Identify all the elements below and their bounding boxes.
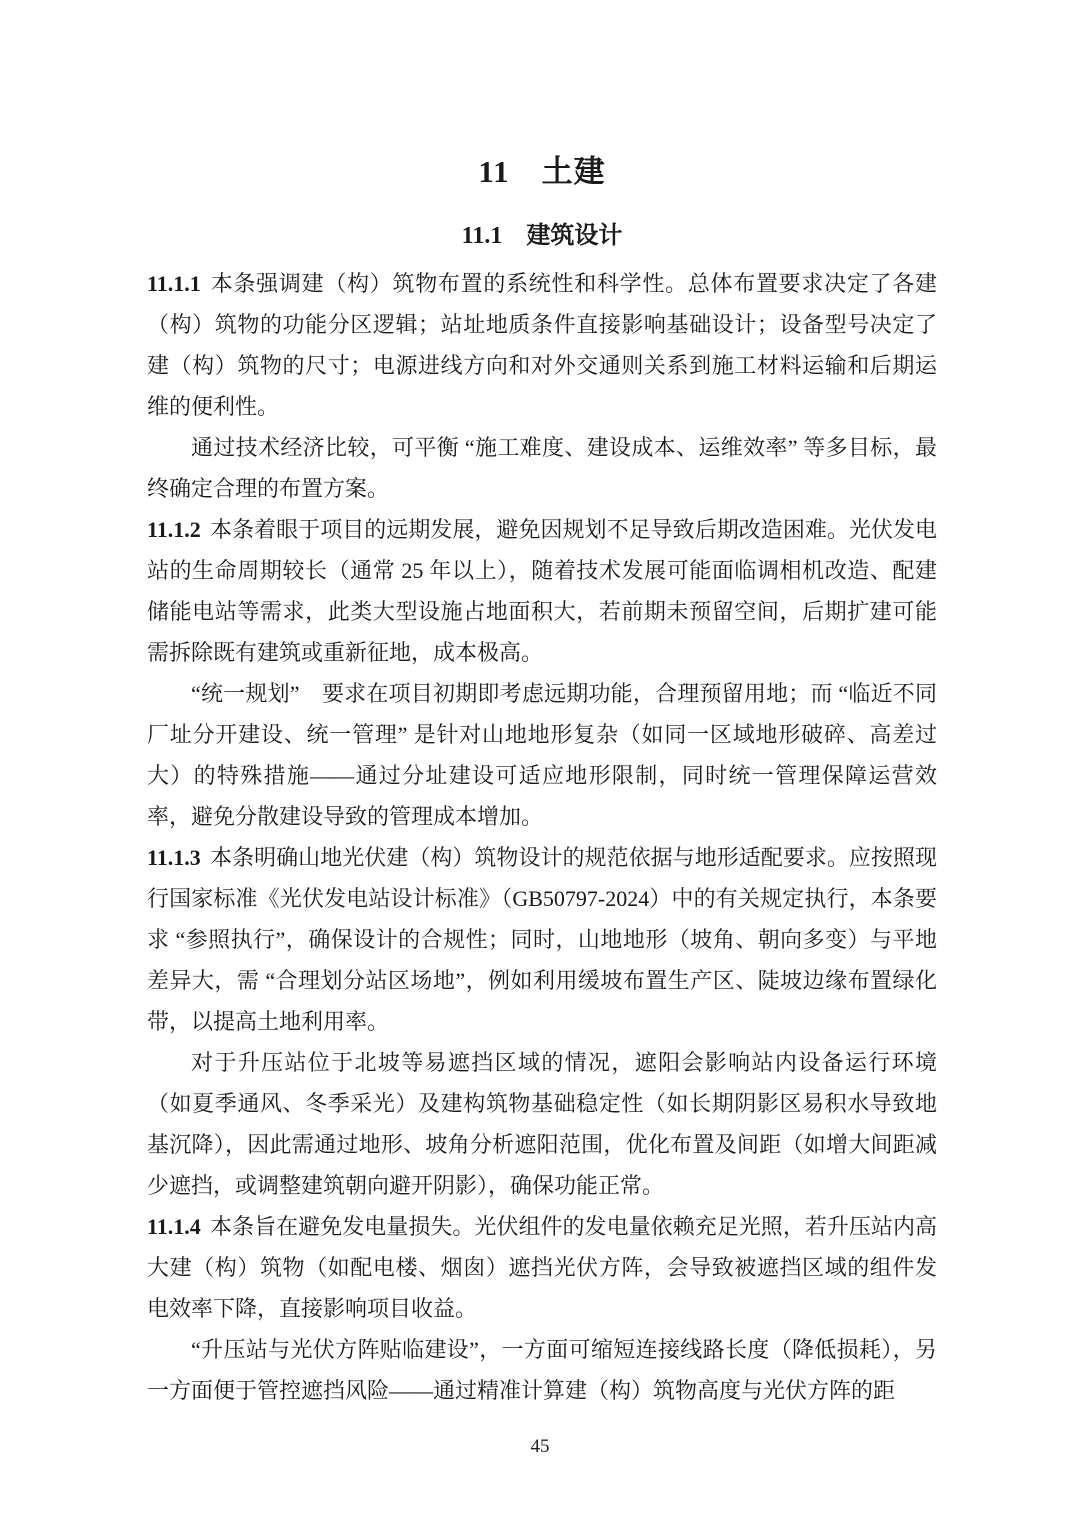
paragraph-list: 11.1.1本条强调建（构）筑物布置的系统性和科学性。总体布置要求决定了各建（构… [147,263,937,1411]
paragraph-text: 对于升压站位于北坡等易遮挡区域的情况，遮阳会影响站内设备运行环境（如夏季通风、冬… [147,1050,937,1198]
paragraph-text: 通过技术经济比较，可平衡 “施工难度、建设成本、运维效率” 等多目标，最终确定合… [147,435,937,501]
paragraph: “统一规划” 要求在项目初期即考虑远期功能，合理预留用地；而 “临近不同厂址分开… [147,673,937,837]
paragraph-text: 本条强调建（构）筑物布置的系统性和科学性。总体布置要求决定了各建（构）筑物的功能… [147,271,937,419]
clause-number: 11.1.4 [147,1214,201,1239]
paragraph: “升压站与光伏方阵贴临建设”，一方面可缩短连接线路长度（降低损耗），另一方面便于… [147,1329,937,1411]
page-number: 45 [0,1436,1080,1458]
section-heading: 11.1 建筑设计 [147,215,937,250]
clause-number: 11.1.2 [147,517,201,542]
paragraph: 11.1.1本条强调建（构）筑物布置的系统性和科学性。总体布置要求决定了各建（构… [147,263,937,427]
chapter-title: 11 土建 [147,146,937,191]
document-page: 11 土建 11.1 建筑设计 11.1.1本条强调建（构）筑物布置的系统性和科… [0,0,1080,1528]
paragraph: 11.1.2本条着眼于项目的远期发展，避免因规划不足导致后期改造困难。光伏发电站… [147,509,937,673]
paragraph-text: 本条着眼于项目的远期发展，避免因规划不足导致后期改造困难。光伏发电站的生命周期较… [147,517,937,665]
clause-number: 11.1.1 [147,271,201,296]
paragraph: 11.1.4本条旨在避免发电量损失。光伏组件的发电量依赖充足光照，若升压站内高大… [147,1206,937,1329]
paragraph-text: 本条明确山地光伏建（构）筑物设计的规范依据与地形适配要求。应按照现行国家标准《光… [147,845,937,1034]
clause-number: 11.1.3 [147,845,201,870]
paragraph-text: “统一规划” 要求在项目初期即考虑远期功能，合理预留用地；而 “临近不同厂址分开… [147,681,937,829]
paragraph-text: “升压站与光伏方阵贴临建设”，一方面可缩短连接线路长度（降低损耗），另一方面便于… [147,1337,937,1403]
paragraph-text: 本条旨在避免发电量损失。光伏组件的发电量依赖充足光照，若升压站内高大建（构）筑物… [147,1214,937,1321]
paragraph: 对于升压站位于北坡等易遮挡区域的情况，遮阳会影响站内设备运行环境（如夏季通风、冬… [147,1042,937,1206]
paragraph: 11.1.3本条明确山地光伏建（构）筑物设计的规范依据与地形适配要求。应按照现行… [147,837,937,1042]
paragraph: 通过技术经济比较，可平衡 “施工难度、建设成本、运维效率” 等多目标，最终确定合… [147,427,937,509]
